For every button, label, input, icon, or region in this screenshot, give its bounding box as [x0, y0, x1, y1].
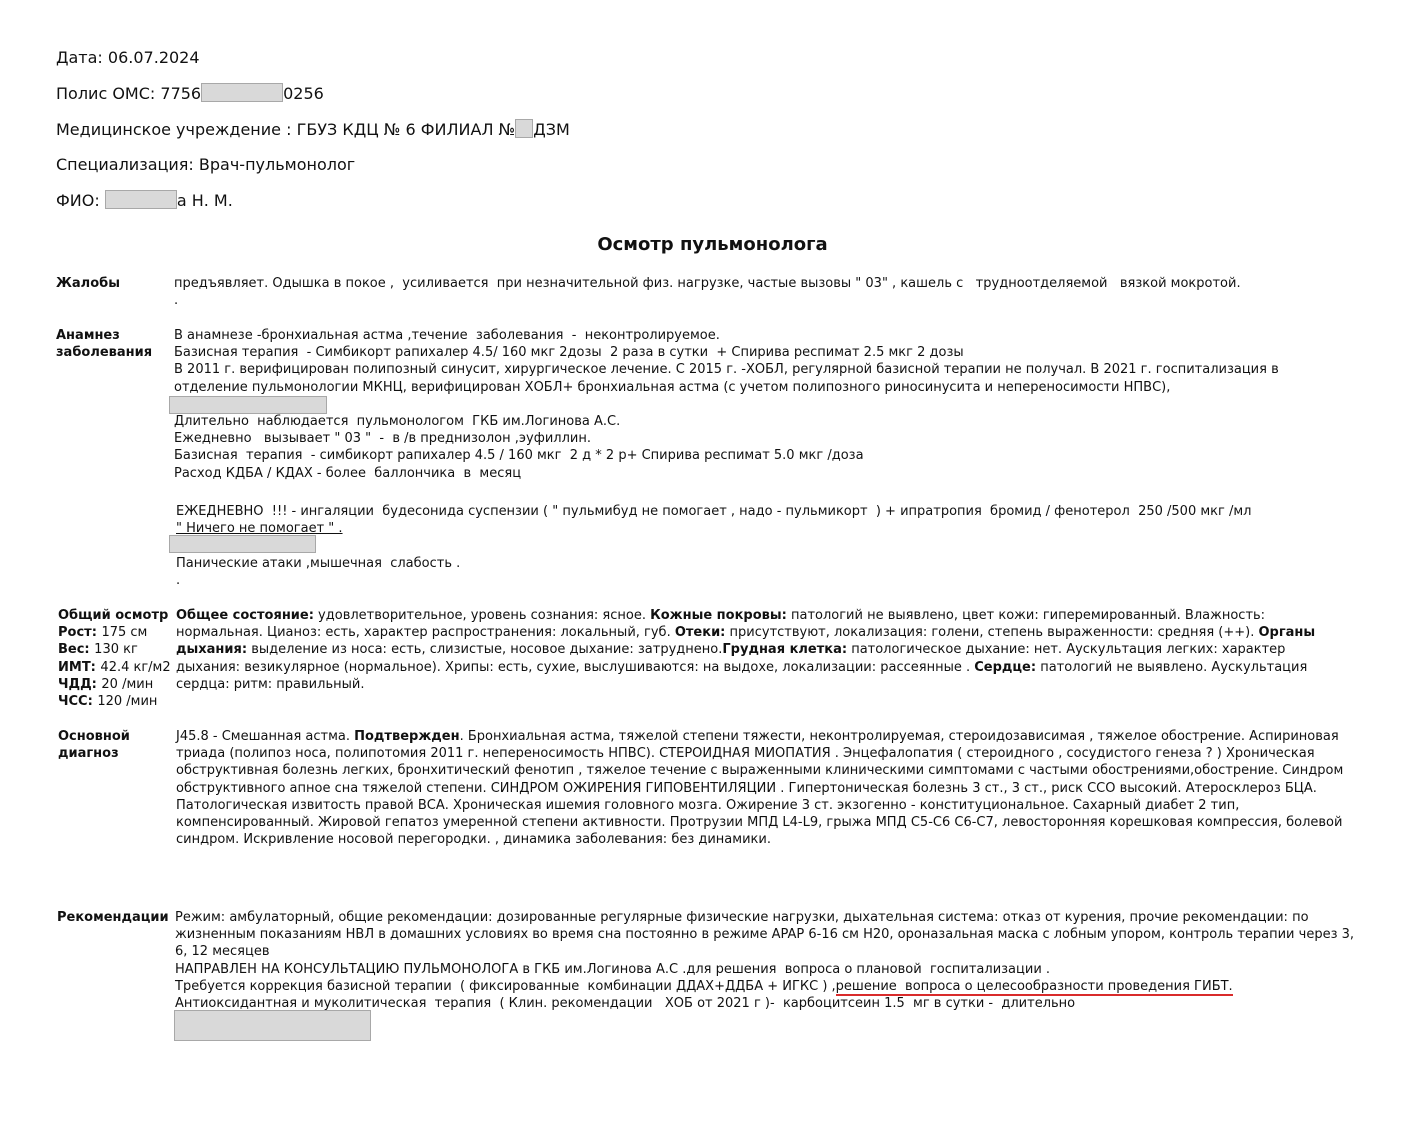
- redaction-box: [169, 396, 327, 414]
- recommendations-label: Рекомендации: [57, 909, 169, 926]
- exam-edema-label: Отеки:: [675, 625, 726, 640]
- fio-label: ФИО:: [56, 191, 100, 210]
- anamnesis-line: Базисная терапия - Симбикорт рапихалер 4…: [174, 344, 1279, 361]
- specialization-row: Специализация: Врач-пульмонолог: [56, 155, 355, 175]
- exam-edema-text: присутствуют, локализация: голени, степе…: [725, 625, 1258, 640]
- anamnesis-label-line: Анамнез: [56, 327, 152, 344]
- diagnosis-confirmed: Подтвержден: [354, 729, 459, 744]
- recommendations-regime: Режим: амбулаторный, общие рекомендации:…: [175, 909, 1365, 961]
- anamnesis-label: Анамнез заболевания: [56, 327, 152, 361]
- vital-bmi: ИМТ: 42.4 кг/м2: [58, 659, 171, 676]
- anamnesis-panic-line: Панические атаки ,мышечная слабость .: [176, 555, 460, 572]
- date-row: Дата: 06.07.2024: [56, 48, 200, 68]
- institution-row: Медицинское учреждение : ГБУЗ КДЦ № 6 ФИ…: [56, 119, 570, 140]
- anamnesis-line: В анамнезе -бронхиальная астма ,течение …: [174, 327, 1279, 344]
- exam-skin-label: Кожные покровы:: [650, 608, 787, 623]
- anamnesis-line: Базисная терапия - симбикорт рапихалер 4…: [174, 447, 864, 464]
- anamnesis-line: В 2011 г. верифицирован полипозный синус…: [174, 361, 1279, 378]
- page-title: Осмотр пульмонолога: [0, 234, 1425, 256]
- complaints-label: Жалобы: [56, 275, 120, 292]
- fio-suffix: а Н. М.: [177, 191, 233, 210]
- recommendations-correction: Требуется коррекция базисной терапии ( ф…: [175, 978, 1365, 995]
- fio-row: ФИО: а Н. М.: [56, 190, 233, 211]
- institution-label: Медицинское учреждение :: [56, 120, 291, 139]
- complaints-line: .: [174, 292, 1241, 309]
- diagnosis-label: Основной диагноз: [58, 728, 130, 762]
- anamnesis-block-d: Панические атаки ,мышечная слабость ..: [176, 555, 460, 589]
- vital-heart-rate: ЧСС: 120 /мин: [58, 693, 171, 710]
- specialization-label: Специализация:: [56, 155, 194, 174]
- vital-resp-rate: ЧДД: 20 /мин: [58, 676, 171, 693]
- vital-height: Рост: 175 см: [58, 624, 171, 641]
- recommendations-text: Режим: амбулаторный, общие рекомендации:…: [175, 909, 1365, 1012]
- anamnesis-label-line: заболевания: [56, 344, 152, 361]
- policy-suffix: 0256: [283, 84, 324, 103]
- policy-label: Полис ОМС:: [56, 84, 155, 103]
- redaction-box: [174, 1010, 371, 1041]
- exam-general-text: удовлетворительное, уровень сознания: яс…: [314, 608, 650, 623]
- anamnesis-line: отделение пульмонологии МКНЦ, верифициро…: [174, 379, 1279, 396]
- anamnesis-quote-line: " Ничего не помогает " .: [176, 521, 343, 536]
- institution-value: ГБУЗ КДЦ № 6 ФИЛИАЛ №: [297, 120, 516, 139]
- exam-general-label: Общее состояние:: [176, 608, 314, 623]
- complaints-text: предъявляет. Одышка в покое , усиливаетс…: [174, 275, 1241, 309]
- institution-suffix: ДЗМ: [533, 120, 570, 139]
- exam-label: Общий осмотр: [58, 607, 171, 624]
- anamnesis-line: Длительно наблюдается пульмонологом ГКБ …: [174, 413, 864, 430]
- vital-weight: Вес: 130 кг: [58, 641, 171, 658]
- redaction-box: [169, 535, 316, 553]
- redaction-box: [201, 83, 283, 102]
- diagnosis-label-line: диагноз: [58, 745, 130, 762]
- diagnosis-text: J45.8 - Смешанная астма. Подтвержден. Бр…: [176, 728, 1371, 848]
- diagnosis-code: J45.8 - Смешанная астма.: [176, 729, 354, 744]
- exam-chest-label: Грудная клетка:: [722, 642, 847, 657]
- anamnesis-block-b: Длительно наблюдается пульмонологом ГКБ …: [174, 413, 864, 482]
- recommendations-referral: НАПРАВЛЕН НА КОНСУЛЬТАЦИЮ ПУЛЬМОНОЛОГА в…: [175, 961, 1365, 978]
- anamnesis-line: Расход КДБА / КДАХ - более баллончика в …: [174, 465, 864, 482]
- anamnesis-daily-line: ЕЖЕДНЕВНО !!! - ингаляции будесонида сус…: [176, 503, 1251, 520]
- anamnesis-line: Ежедневно вызывает " 03 " - в /в предниз…: [174, 430, 864, 447]
- exam-label-column: Общий осмотр Рост: 175 см Вес: 130 кг ИМ…: [58, 607, 171, 710]
- highlighted-text: решение вопроса о целесообразности прове…: [836, 979, 1233, 996]
- specialization-value: Врач-пульмонолог: [199, 155, 355, 174]
- correction-text: Требуется коррекция базисной терапии ( ф…: [175, 979, 836, 994]
- policy-prefix: 7756: [160, 84, 201, 103]
- exam-resp-text: выделение из носа: есть, слизистые, носо…: [247, 642, 722, 657]
- diagnosis-label-line: Основной: [58, 728, 130, 745]
- anamnesis-dot-line: .: [176, 572, 460, 589]
- anamnesis-block-a: В анамнезе -бронхиальная астма ,течение …: [174, 327, 1279, 396]
- redaction-box: [105, 190, 177, 209]
- diagnosis-body: . Бронхиальная астма, тяжелой степени тя…: [176, 729, 1343, 847]
- policy-row: Полис ОМС: 77560256: [56, 83, 324, 104]
- anamnesis-block-c: ЕЖЕДНЕВНО !!! - ингаляции будесонида сус…: [176, 503, 1251, 537]
- date-label: Дата:: [56, 48, 103, 67]
- exam-text: Общее состояние: удовлетворительное, уро…: [176, 607, 1336, 693]
- exam-heart-label: Сердце:: [974, 660, 1036, 675]
- redaction-box: [515, 119, 533, 138]
- complaints-line: предъявляет. Одышка в покое , усиливаетс…: [174, 275, 1241, 292]
- date-value: 06.07.2024: [108, 48, 200, 67]
